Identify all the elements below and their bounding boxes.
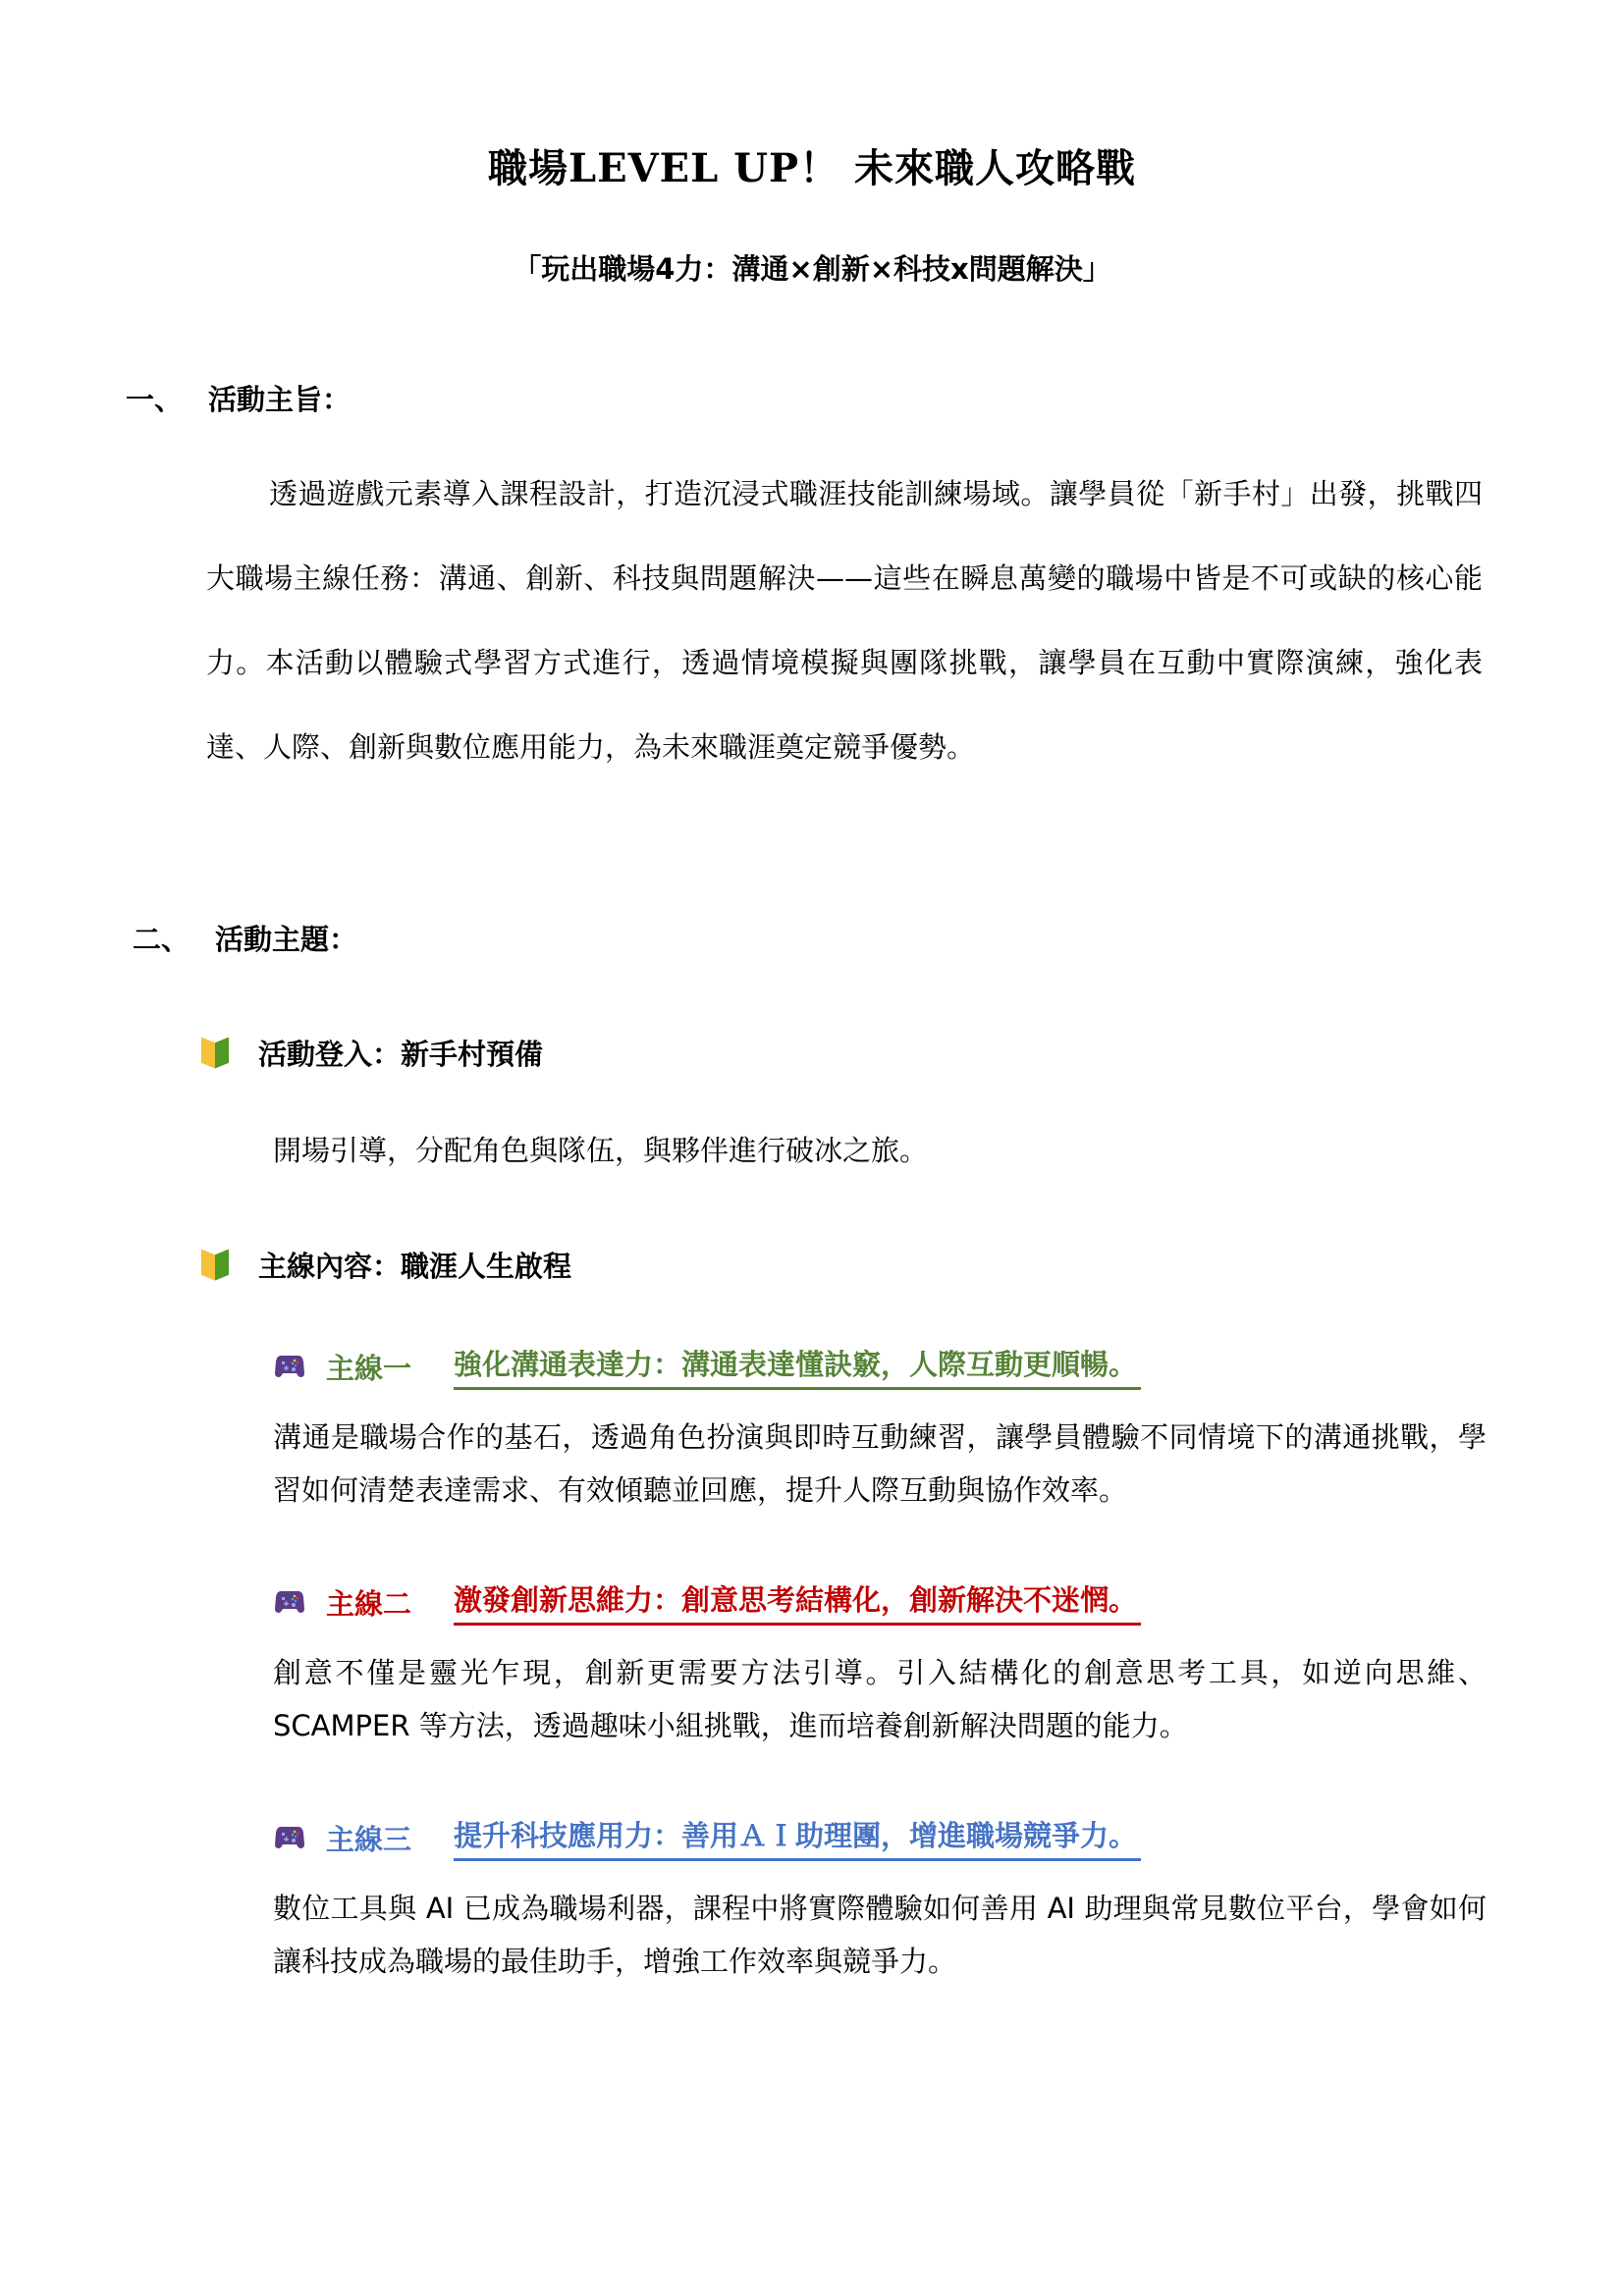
subheading-main-content: 主線內容：職涯人生啟程 — [201, 1245, 571, 1285]
login-description: 開場引導，分配角色與隊伍，與夥伴進行破冰之旅。 — [273, 1129, 928, 1169]
quest-title: 強化溝通表達力：溝通表達懂訣竅，人際互動更順暢。 — [454, 1343, 1141, 1390]
quest-heading-2: 主線二 激發創新思維力：創意思考結構化，創新解決不迷惘。 — [275, 1578, 1141, 1626]
game-controller-icon — [275, 1354, 304, 1379]
game-controller-icon — [275, 1589, 304, 1615]
section-heading-theme: 二、 活動主題： — [133, 918, 357, 958]
section-number: 二、 — [133, 918, 215, 958]
quest-title: 提升科技應用力：善用ＡＩ助理團，增進職場競爭力。 — [454, 1814, 1141, 1861]
quest-heading-3: 主線三 提升科技應用力：善用ＡＩ助理團，增進職場競爭力。 — [275, 1814, 1141, 1861]
section-number: 一、 — [126, 378, 208, 418]
subheading-title: 活動登入：新手村預備 — [258, 1033, 543, 1073]
subheading-login: 活動登入：新手村預備 — [201, 1033, 543, 1073]
document-page: 職場LEVEL UP！ 未來職人攻略戰 「玩出職場4力：溝通×創新×科技x問題解… — [0, 0, 1624, 2296]
quest-label: 主線一 — [326, 1347, 454, 1387]
quest-body-3: 數位工具與 AI 已成為職場利器，課程中將實際體驗如何善用 AI 助理與常見數位… — [273, 1882, 1487, 1988]
section-title: 活動主旨： — [208, 378, 351, 418]
subheading-title: 主線內容：職涯人生啟程 — [258, 1245, 571, 1285]
beginner-mark-icon — [201, 1250, 229, 1281]
beginner-mark-icon — [201, 1038, 229, 1069]
quest-title: 激發創新思維力：創意思考結構化，創新解決不迷惘。 — [454, 1578, 1141, 1626]
section-heading-purpose: 一、 活動主旨： — [126, 378, 351, 418]
quest-label: 主線三 — [326, 1818, 454, 1858]
quest-body-1: 溝通是職場合作的基石，透過角色扮演與即時互動練習，讓學員體驗不同情境下的溝通挑戰… — [273, 1411, 1487, 1517]
purpose-paragraph: 透過遊戲元素導入課程設計，打造沉浸式職涯技能訓練場域。讓學員從「新手村」出發，挑… — [206, 452, 1483, 789]
quest-label: 主線二 — [326, 1582, 454, 1623]
quest-body-2: 創意不僅是靈光乍現，創新更需要方法引導。引入結構化的創意思考工具，如逆向思維、S… — [273, 1646, 1487, 1752]
document-title: 職場LEVEL UP！ 未來職人攻略戰 — [0, 137, 1624, 193]
document-subtitle: 「玩出職場4力：溝通×創新×科技x問題解決」 — [0, 247, 1624, 288]
game-controller-icon — [275, 1825, 304, 1850]
quest-heading-1: 主線一 強化溝通表達力：溝通表達懂訣竅，人際互動更順暢。 — [275, 1343, 1141, 1390]
section-title: 活動主題： — [215, 918, 357, 958]
